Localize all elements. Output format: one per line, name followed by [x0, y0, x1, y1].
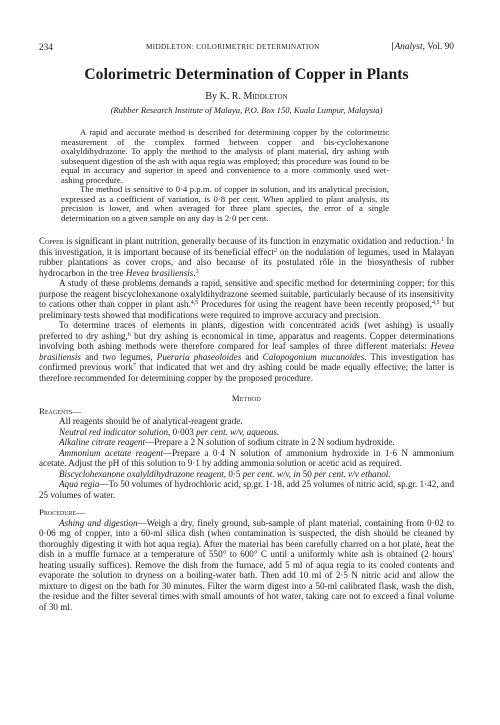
dropcap-word: Copper	[39, 236, 64, 246]
reagent-name: Alkaline citrate reagent	[59, 437, 145, 447]
reagent-name: Biscyclohexanone oxalyldihydrazone reage…	[59, 469, 228, 479]
species-name: Hevea brasiliensis	[126, 268, 193, 278]
reagent-item: Alkaline citrate reagent—Prepare a 2 N s…	[39, 437, 454, 448]
text: and two legumes,	[81, 352, 157, 362]
abstract-paragraph: A rapid and accurate method is described…	[61, 128, 389, 185]
journal-volume: , Vol. 90	[423, 42, 454, 52]
abstract-paragraph: The method is sensitive to 0·4 p.p.m. of…	[61, 185, 389, 223]
reagent-list: All reagents should be of analytical-rea…	[39, 416, 454, 500]
reagent-name: Ammonium acetate reagent	[59, 448, 163, 458]
running-title: MIDDLETON: COLORIMETRIC DETERMINATION	[146, 40, 320, 54]
journal-name: Analyst	[394, 42, 422, 52]
reagent-unit: per cent. v/v ethanol.	[312, 469, 391, 479]
intro-paragraph: To determine traces of elements in plant…	[39, 320, 454, 383]
text: is significant in plant nutrition, gener…	[64, 236, 441, 246]
subheading-procedure: Procedure—	[39, 507, 454, 518]
author-affiliation: (Rubber Research Institute of Malaya, P.…	[39, 104, 454, 116]
reagent-item: Biscyclohexanone oxalyldihydrazone reage…	[39, 469, 454, 480]
procedure-paragraph: Ashing and digestion—Weigh a dry, finely…	[39, 518, 454, 613]
reagent-value: 0·5	[228, 469, 240, 479]
reagent-name: Aqua regia	[59, 479, 99, 489]
procedure-text: —Weigh a dry, finely ground, sub-sample …	[39, 518, 454, 612]
reagent-item: Neutral red indicator solution, 0·003 pe…	[39, 427, 454, 438]
page-number: 234	[39, 40, 53, 54]
reagent-item: Ammonium acetate reagent—Prepare a 0·4 N…	[39, 448, 454, 469]
reagent-unit: per cent. w/v, in	[240, 469, 302, 479]
byline: By K. R. Middleton	[39, 91, 454, 103]
article-title: Colorimetric Determination of Copper in …	[39, 65, 454, 85]
text: and	[241, 352, 262, 362]
reagent-value: 50	[303, 469, 312, 479]
section-heading-method: Method	[39, 393, 454, 404]
reagent-text: —Prepare a 2 N solution of sodium citrat…	[145, 437, 395, 447]
subheading-reagents: Reagents—	[39, 406, 454, 417]
intro-paragraph: Copper is significant in plant nutrition…	[39, 236, 454, 278]
procedure-step-name: Ashing and digestion	[59, 518, 138, 528]
reference-marker: 3	[196, 269, 199, 275]
abstract: A rapid and accurate method is described…	[61, 128, 389, 223]
reagent-text: —To 50 volumes of hydrochloric acid, sp.…	[39, 479, 454, 500]
species-name: Calopogonium mucunoides	[263, 352, 365, 362]
article-body: Copper is significant in plant nutrition…	[39, 236, 454, 612]
reagent-name: Neutral red indicator solution,	[59, 427, 173, 437]
species-name: Pueraria phaseoloides	[157, 352, 241, 362]
reagent-value: 0·003	[173, 427, 194, 437]
reagent-item: Aqua regia—To 50 volumes of hydrochloric…	[39, 479, 454, 500]
byline-prefix: By	[205, 91, 217, 102]
journal-citation: [Analyst, Vol. 90	[391, 40, 454, 54]
reagent-item: All reagents should be of analytical-rea…	[39, 416, 454, 427]
text: Procedures for using the reagent have be…	[198, 299, 432, 309]
author-name: K. R. Middleton	[220, 91, 288, 102]
intro-paragraph: A study of these problems demands a rapi…	[39, 278, 454, 320]
reagent-unit: per cent. w/v, aqueous.	[194, 427, 279, 437]
running-head: 234 MIDDLETON: COLORIMETRIC DETERMINATIO…	[39, 40, 454, 54]
